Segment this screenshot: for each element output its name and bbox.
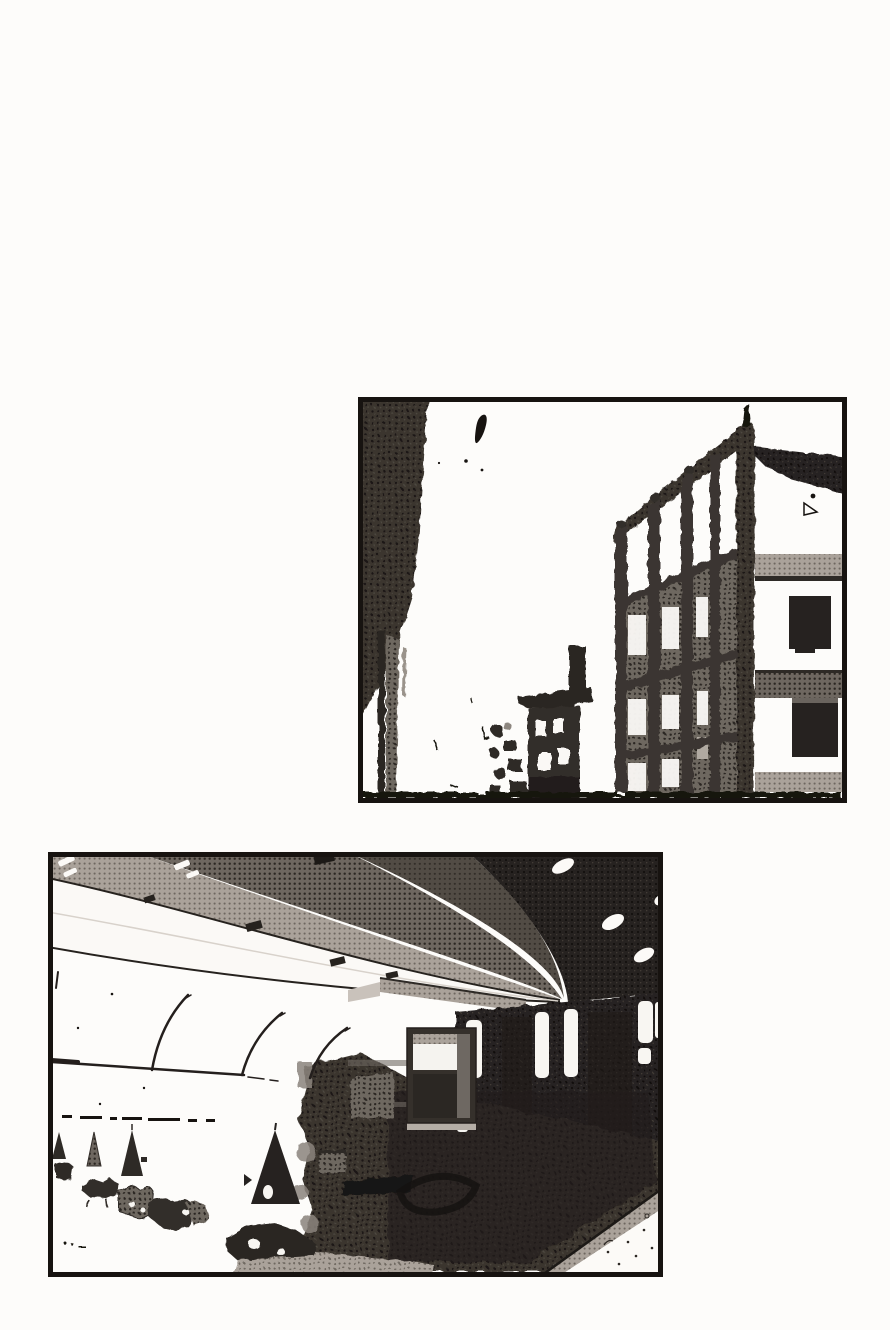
city-buildings-panel xyxy=(358,397,847,803)
indoor-pool-panel xyxy=(48,852,663,1277)
gray-pillar-block xyxy=(350,1072,394,1118)
ground-shadow-line xyxy=(364,792,841,798)
page-background xyxy=(0,0,890,1330)
